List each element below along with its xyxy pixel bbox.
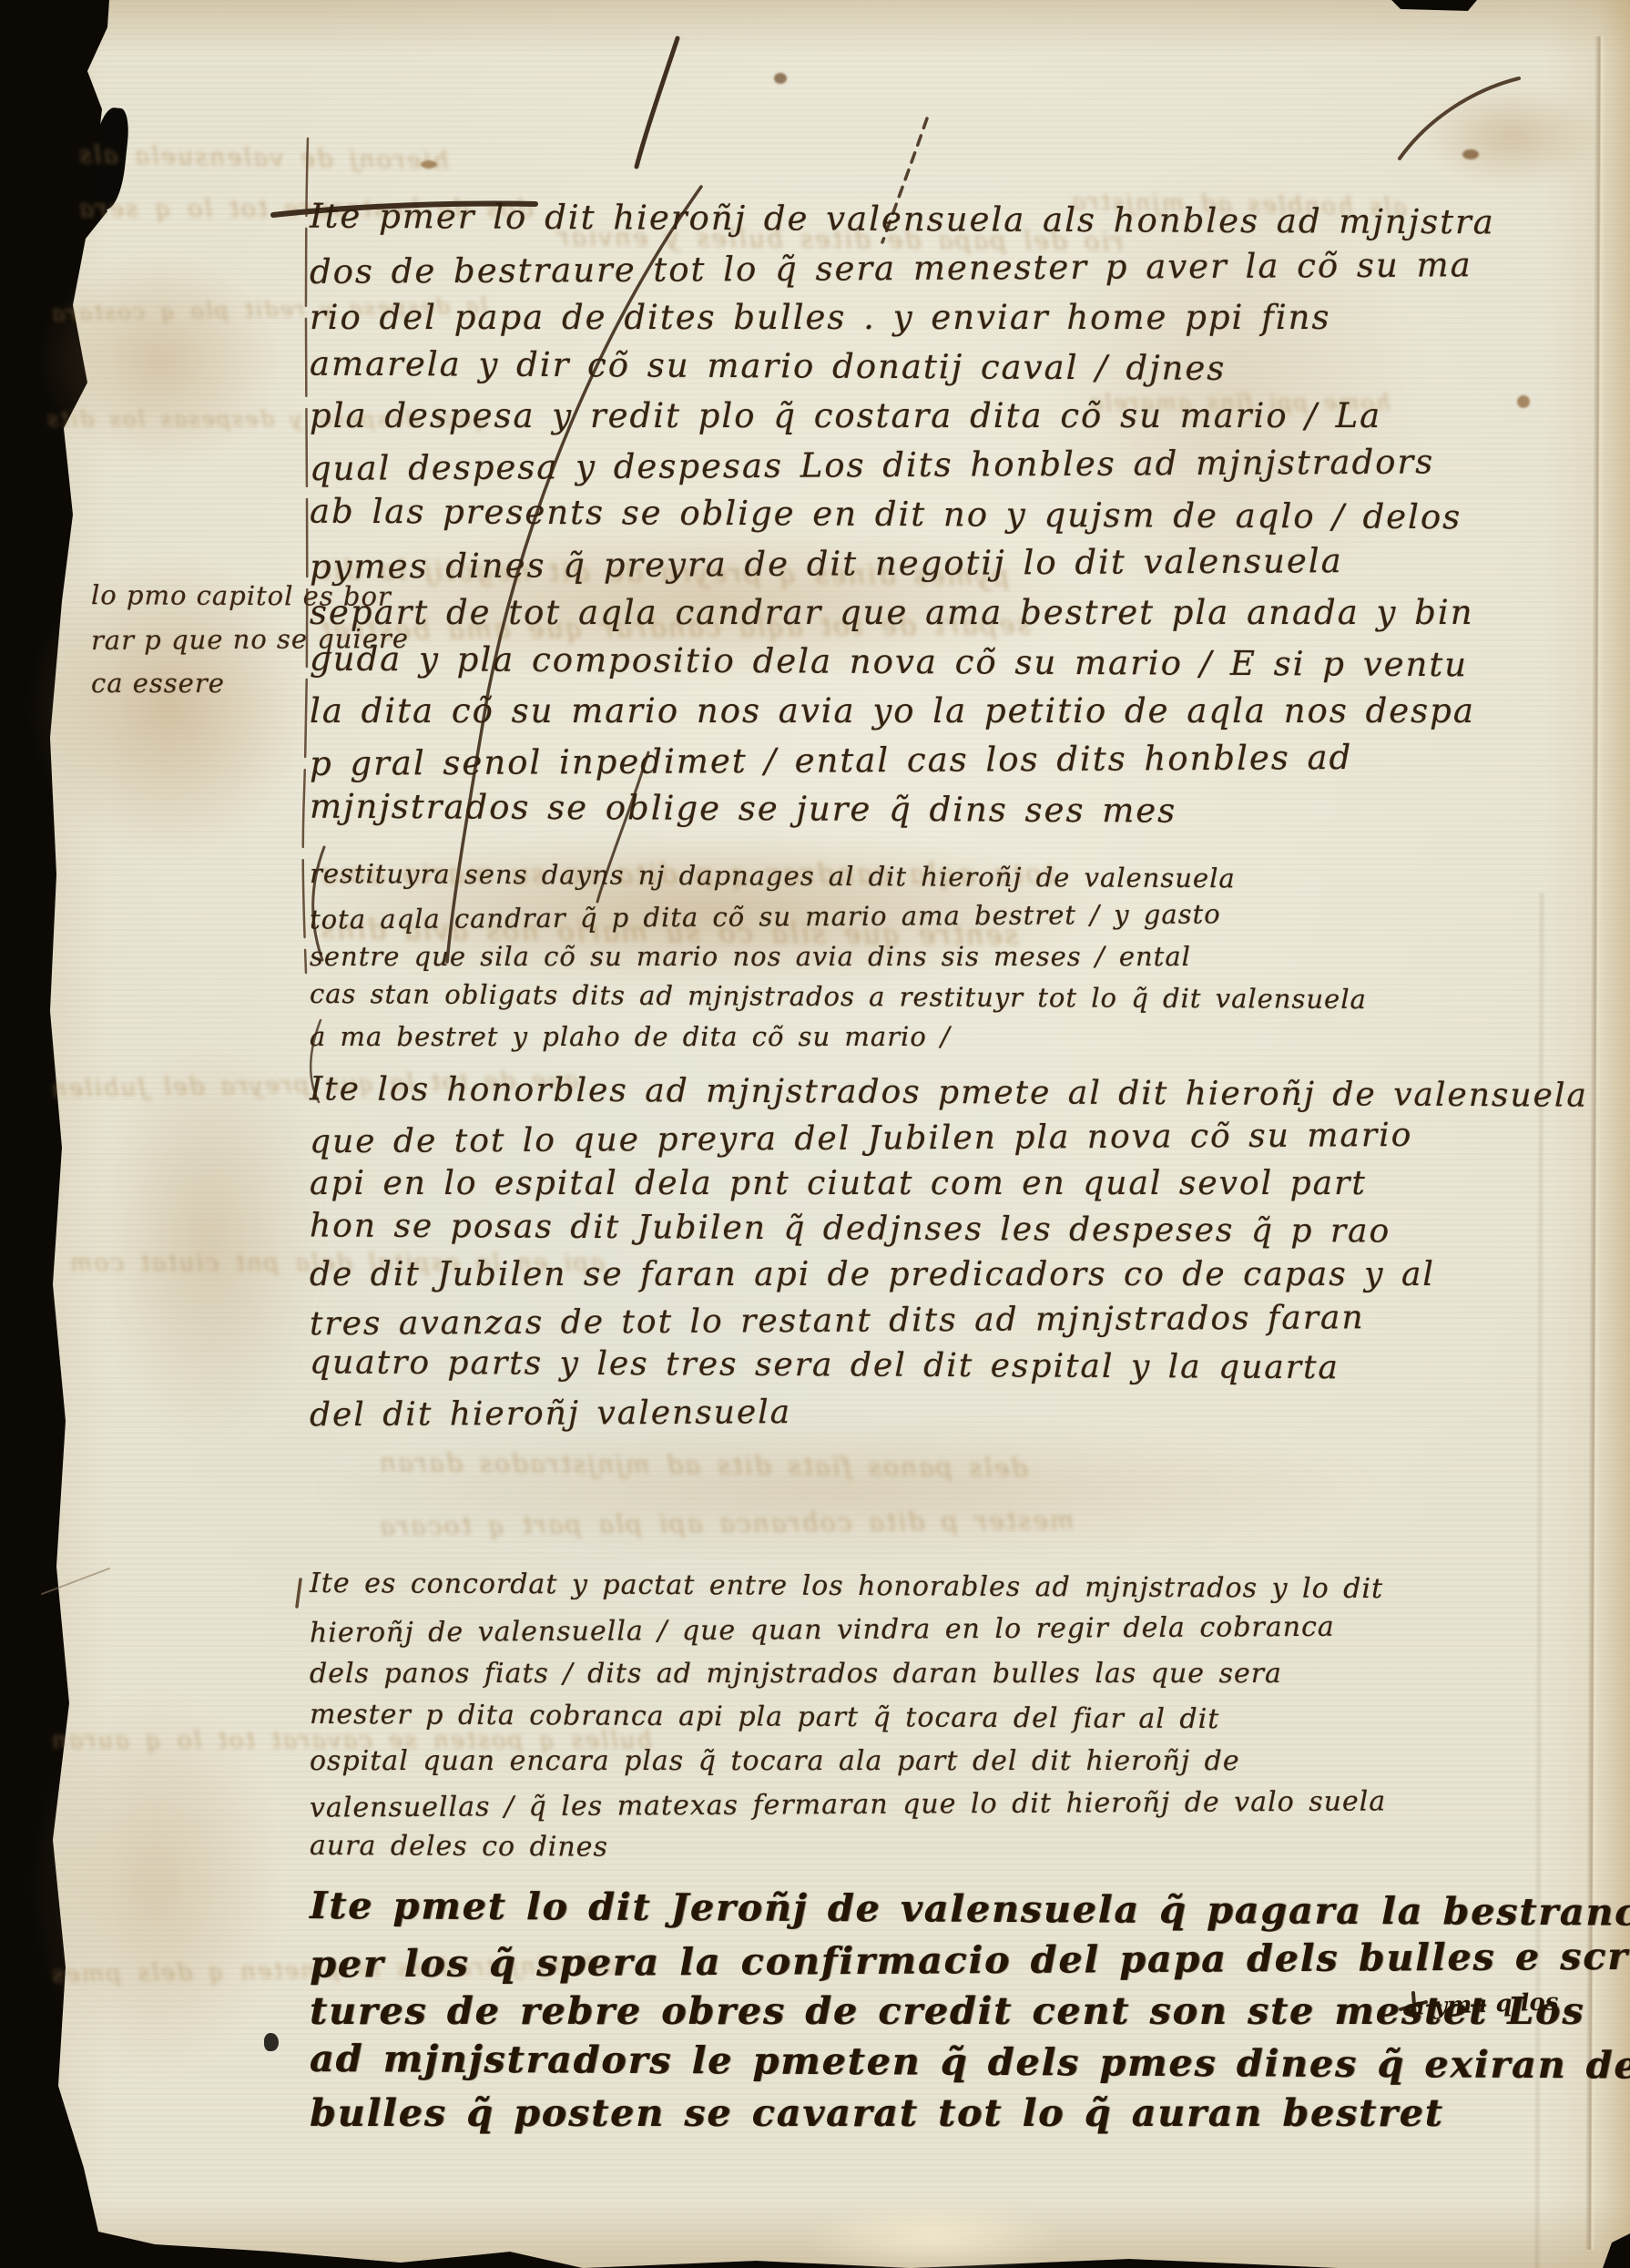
paragraph-capitol-1-addition: restituyra sens dayns nj dapnages al dit… xyxy=(310,856,1367,1057)
text-line: qual despesa y despesas Los dits honbles… xyxy=(310,437,1495,494)
text-line: separt de tot aqla candrar que ama bestr… xyxy=(310,588,1495,638)
text-line: mester p dita cobranca api pla part q̃ t… xyxy=(310,1693,1386,1742)
text-line: guda y pla compositio dela nova cõ su ma… xyxy=(310,635,1495,690)
text-line: que de tot lo que preyra del Jubilen pla… xyxy=(310,1112,1588,1166)
text-line: sentre que sila cõ su mario nos avia din… xyxy=(310,936,1367,976)
text-line: tota aqla candrar q̃ p dita cõ su mario … xyxy=(310,893,1367,939)
text-line: aura deles co dines xyxy=(310,1824,1386,1874)
text-line: del dit hieroñj valensuela xyxy=(310,1385,1588,1439)
text-line: rio del papa de dites bulles . y enviar … xyxy=(310,293,1495,342)
paragraph-capitol-2: Ite los honorbles ad mjnjstrados pmete a… xyxy=(310,1070,1588,1435)
text-line: dels panos fiats / dits ad mjnjstrados d… xyxy=(310,1652,1386,1696)
text-line: pla despesa y redit plo q̃ costara dita … xyxy=(310,392,1495,441)
text-line: p gral senol inpedimet / ental cas los d… xyxy=(310,732,1495,789)
text-line: tres avanzas de tot lo restant dits ad m… xyxy=(310,1294,1588,1348)
text-line: valensuellas / q̃ les matexas fermaran q… xyxy=(310,1780,1387,1830)
paragraph-capitol-3: Ite es concordat y pactat entre los hono… xyxy=(310,1565,1386,1871)
text-line: pymes dines q̃ preyra de dit negotij lo … xyxy=(310,536,1495,592)
text-line: amarela y dir cõ su mario donatij caval … xyxy=(310,340,1495,395)
text-line: hieroñj de valensuella / que quan vindra… xyxy=(310,1605,1387,1655)
text-line: bulles q̃ posten se cavarat tot lo q̃ au… xyxy=(310,2088,1630,2139)
text-line: restituyra sens dayns nj dapnages al dit… xyxy=(310,853,1367,899)
text-line: ad mjnjstradors le pmeten q̃ dels pmes d… xyxy=(310,2033,1630,2091)
text-line: de dit Jubilen se faran api de predicado… xyxy=(310,1252,1588,1298)
text-line: Ite es concordat y pactat entre los hono… xyxy=(310,1562,1386,1611)
ink-drop xyxy=(264,2033,279,2051)
text-line: ab las presents se oblige en dit no y qu… xyxy=(310,487,1495,543)
text-line: hon se posas dit Jubilen q̃ dedjnses les… xyxy=(310,1203,1588,1255)
text-line: quatro parts y les tres sera del dit esp… xyxy=(310,1340,1588,1392)
text-line: Ite pmet lo dit Jeroñj de valensuela q̃ … xyxy=(310,1880,1630,1938)
text-line: a ma bestret y plaho de dita cõ su mario… xyxy=(310,1017,1367,1057)
text-line: ospital quan encara plas q̃ tocara ala p… xyxy=(310,1740,1386,1783)
text-line: la dita cõ su mario nos avia yo la petit… xyxy=(310,687,1495,736)
text-line: Ite pmer lo dit hieroñj de valensuela al… xyxy=(310,192,1495,248)
text-line: Ite los honorbles ad mjnjstrados pmete a… xyxy=(310,1067,1588,1119)
interlinear-insertion: a yma q los xyxy=(1410,1988,1559,2021)
text-line: api en lo espital dela pnt ciutat com en… xyxy=(310,1161,1588,1207)
paragraph-capitol-1: Ite pmer lo dit hieroñj de valensuela al… xyxy=(310,195,1495,834)
text-line: dos de bestraure tot lo q̃ sera menester… xyxy=(310,240,1495,297)
text-line: per los q̃ spera la confirmacio del papa… xyxy=(310,1930,1630,1989)
text-line: mjnjstrados se oblige se jure q̃ dins se… xyxy=(310,782,1495,838)
text-line: cas stan obligats dits ad mjnjstrados a … xyxy=(310,974,1367,1019)
